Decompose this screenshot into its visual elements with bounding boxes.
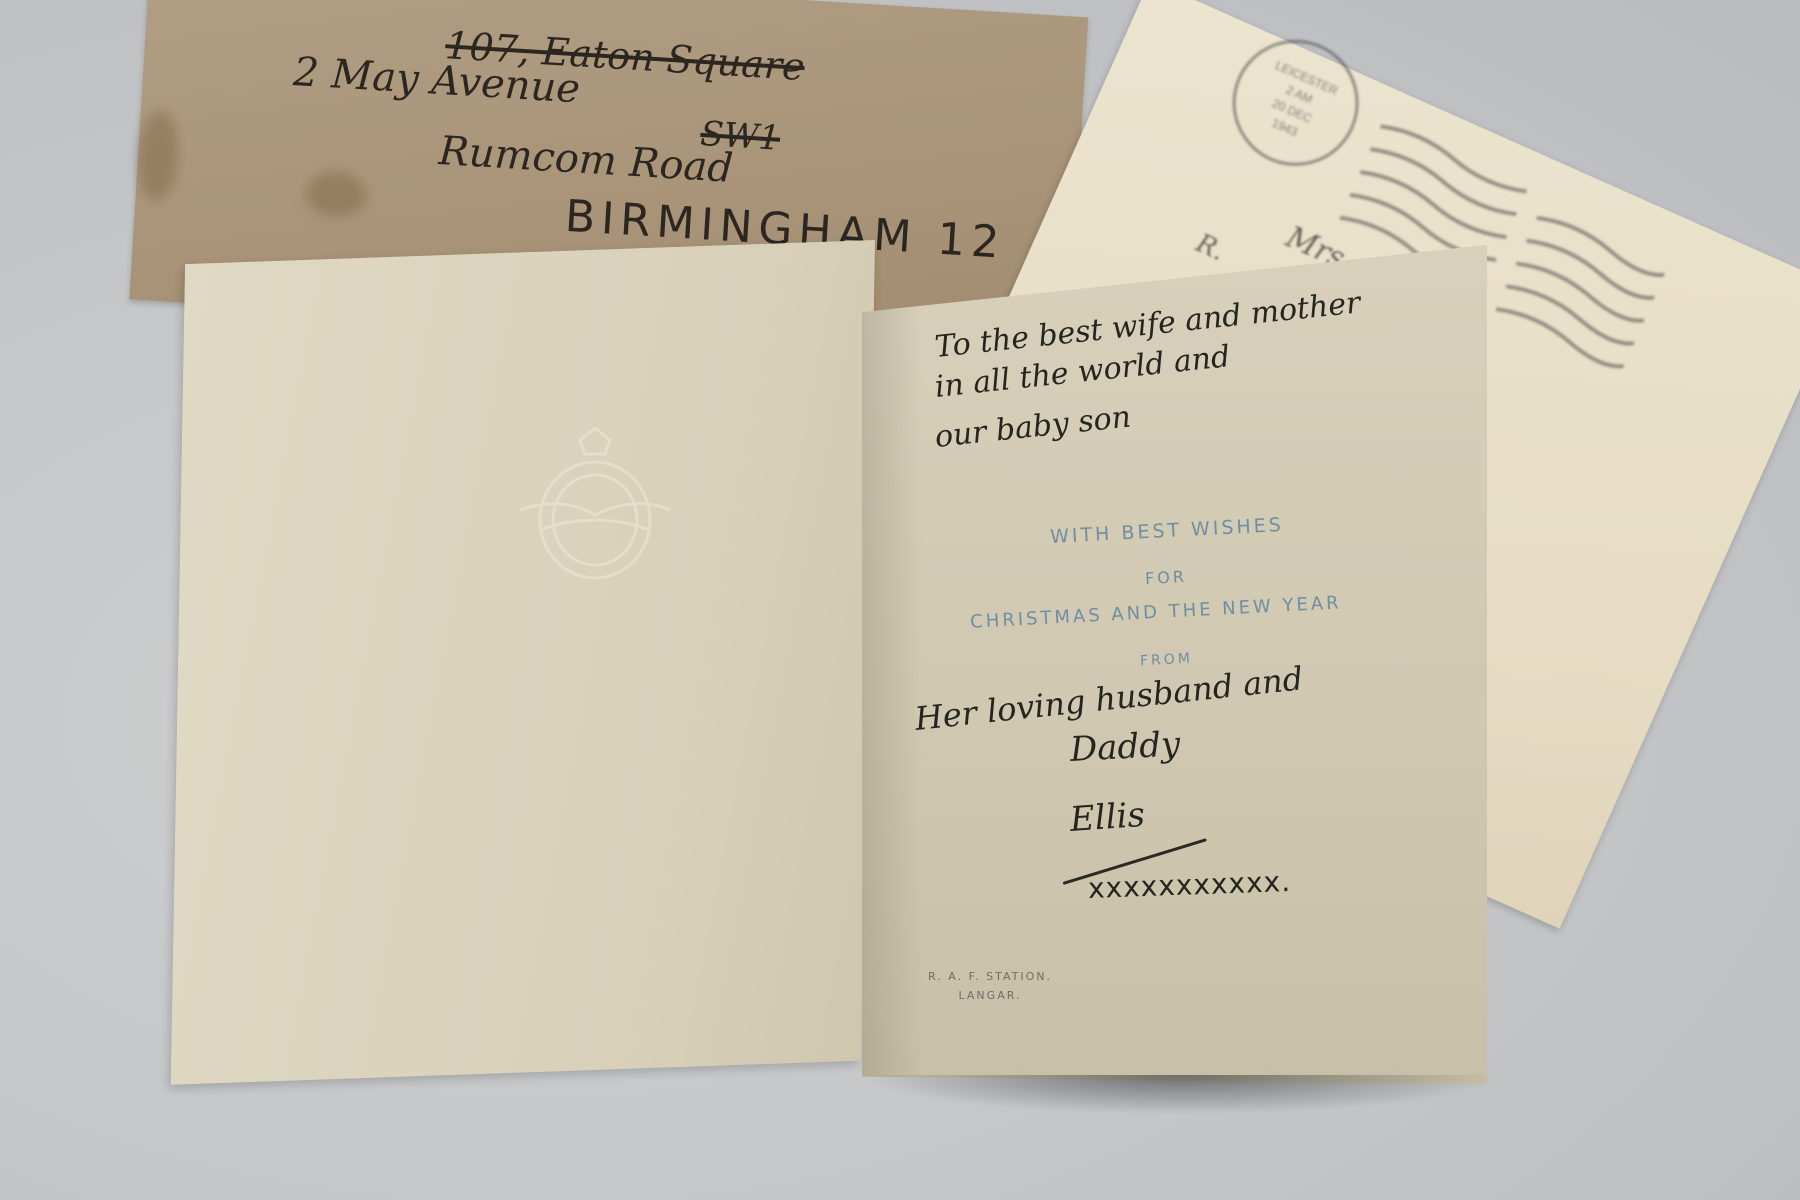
- card-fold-shadow: [862, 245, 922, 1085]
- water-stain: [135, 110, 180, 202]
- card-shadow: [860, 1075, 1500, 1115]
- kisses: xxxxxxxxxxx.: [1087, 865, 1291, 905]
- water-stain: [305, 170, 368, 219]
- handwritten-daddy: Daddy: [1069, 724, 1181, 770]
- card-left-panel: [171, 240, 875, 1085]
- postmark-stamp: LEICESTER 2 AM 20 DEC 1943: [1212, 20, 1378, 186]
- station-line-1: R. A. F. Station.: [900, 970, 1080, 983]
- station-line-2: Langar.: [900, 989, 1080, 1002]
- printed-greeting-line-4: from: [1140, 651, 1194, 670]
- photo-scene: 107, Eaton Square 2 May Avenue SW1 Rumco…: [0, 0, 1800, 1200]
- station-imprint: R. A. F. Station. Langar.: [900, 970, 1080, 1002]
- printed-greeting-line-2: for: [1145, 567, 1188, 588]
- address-line-2: Rumcom Road: [437, 128, 734, 192]
- signature: Ellis: [1069, 795, 1146, 840]
- address-prefix: R.: [1191, 228, 1229, 267]
- raf-crest-emboss-icon: [510, 420, 680, 600]
